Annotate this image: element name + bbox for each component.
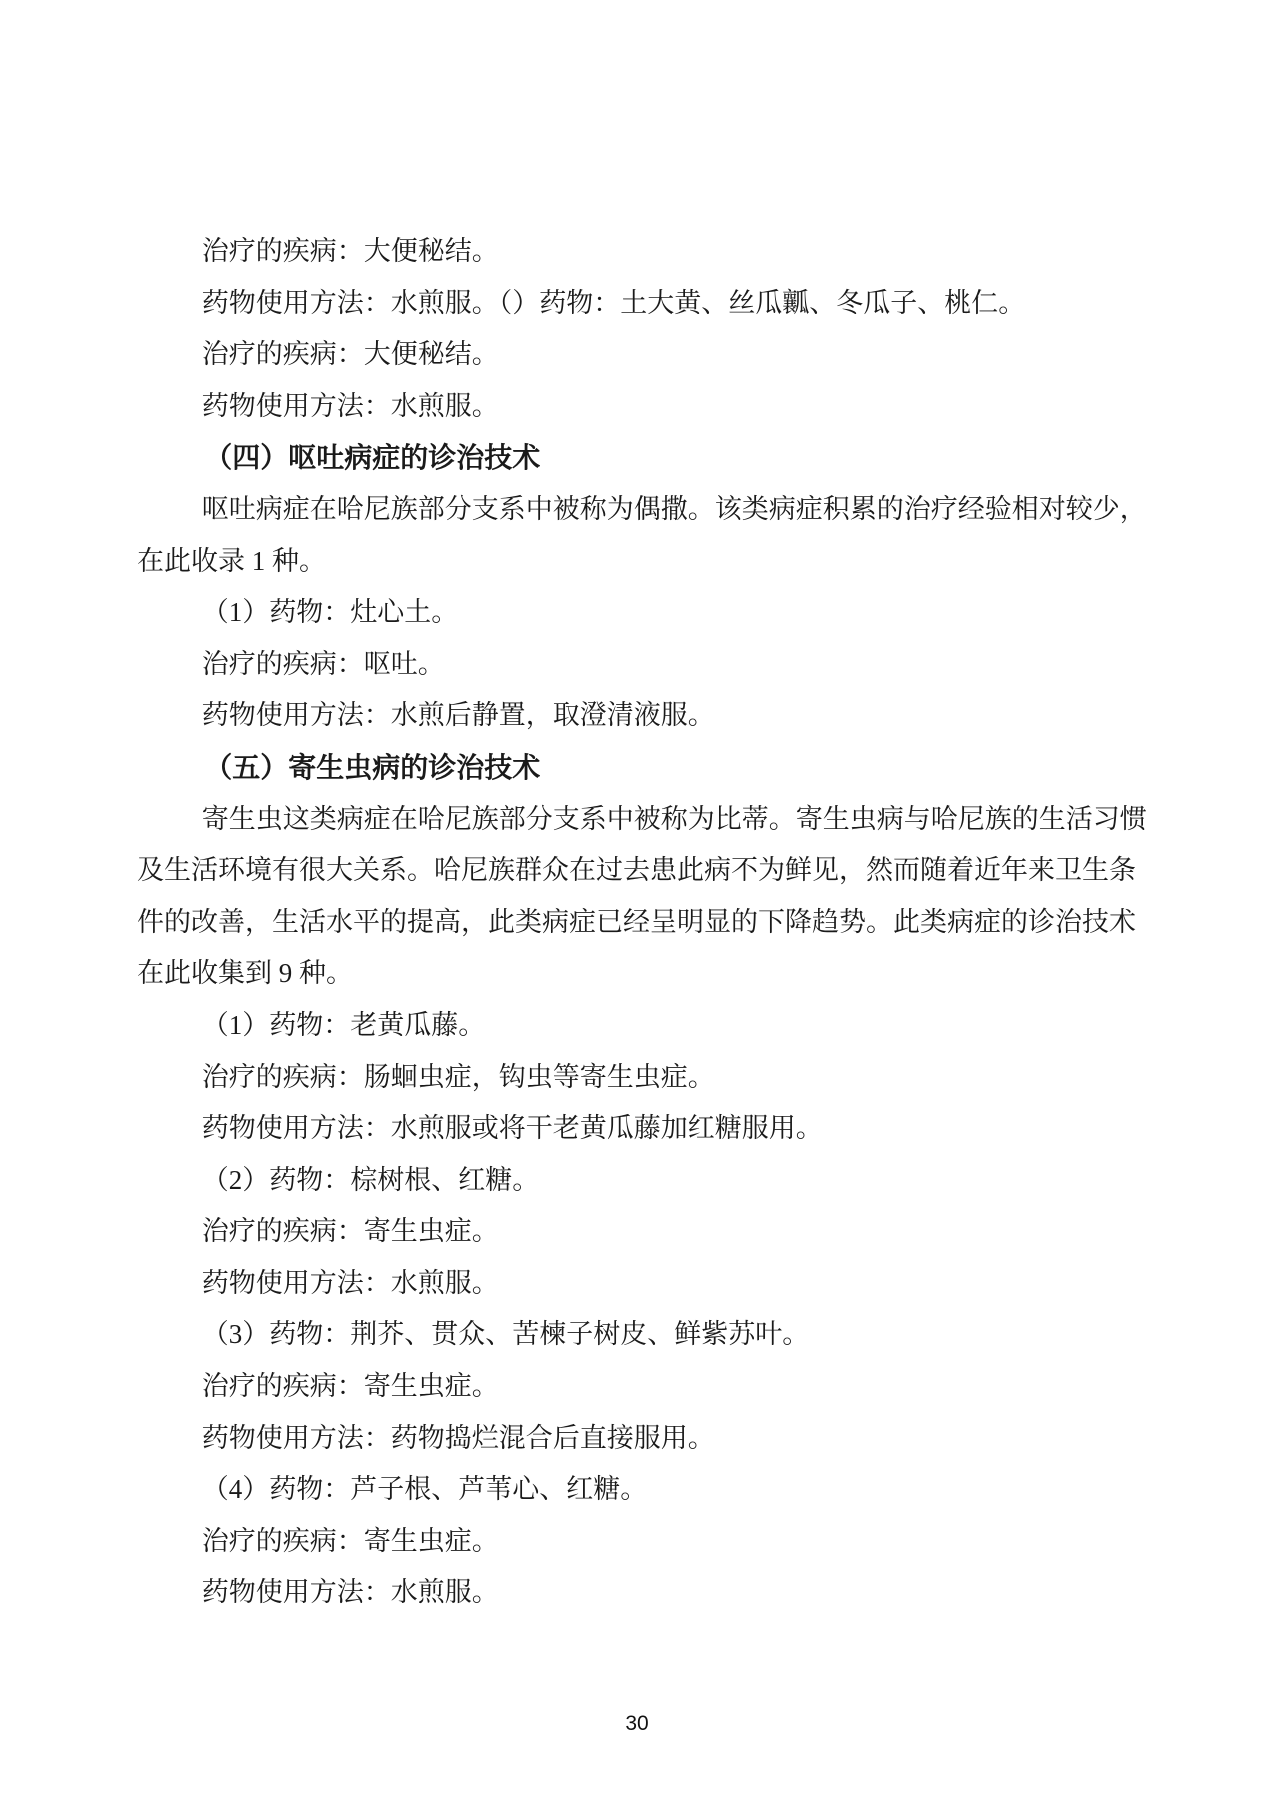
page-number: 30	[0, 1712, 1274, 1736]
document-page: 治疗的疾病：大便秘结。药物使用方法：水煎服。（）药物：土大黄、丝瓜瓤、冬瓜子、桃…	[0, 0, 1274, 1801]
section-heading: （四）呕吐病症的诊治技术	[137, 432, 1142, 484]
text-line: 药物使用方法：水煎服。	[137, 381, 1142, 433]
text-line: 药物使用方法：药物捣烂混合后直接服用。	[137, 1413, 1142, 1465]
text-line: （3）药物：荆芥、贯众、苦楝子树皮、鲜紫苏叶。	[137, 1309, 1142, 1361]
text-line: 治疗的疾病：肠蛔虫症，钩虫等寄生虫症。	[137, 1052, 1142, 1104]
text-line: 在此收录 1 种。	[137, 536, 1142, 588]
text-line: 寄生虫这类病症在哈尼族部分支系中被称为比蒂。寄生虫病与哈尼族的生活习惯	[137, 794, 1142, 846]
text-line: 治疗的疾病：大便秘结。	[137, 226, 1142, 278]
text-line: 治疗的疾病：寄生虫症。	[137, 1206, 1142, 1258]
text-line: 药物使用方法：水煎服。	[137, 1567, 1142, 1619]
text-line: 及生活环境有很大关系。哈尼族群众在过去患此病不为鲜见，然而随着近年来卫生条	[137, 845, 1142, 897]
text-line: （4）药物：芦子根、芦苇心、红糖。	[137, 1464, 1142, 1516]
text-line: 药物使用方法：水煎服。（）药物：土大黄、丝瓜瓤、冬瓜子、桃仁。	[137, 278, 1142, 330]
text-line: 治疗的疾病：寄生虫症。	[137, 1516, 1142, 1568]
text-line: 治疗的疾病：寄生虫症。	[137, 1361, 1142, 1413]
text-line: 呕吐病症在哈尼族部分支系中被称为偶撒。该类病症积累的治疗经验相对较少，	[137, 484, 1142, 536]
text-line: 药物使用方法：水煎后静置，取澄清液服。	[137, 690, 1142, 742]
text-line: 件的改善，生活水平的提高，此类病症已经呈明显的下降趋势。此类病症的诊治技术	[137, 897, 1142, 949]
text-line: （2）药物：棕树根、红糖。	[137, 1155, 1142, 1207]
section-heading: （五）寄生虫病的诊治技术	[137, 742, 1142, 794]
text-line: 治疗的疾病：呕吐。	[137, 639, 1142, 691]
text-line: （1）药物：灶心土。	[137, 587, 1142, 639]
text-line: 药物使用方法：水煎服。	[137, 1258, 1142, 1310]
page-content: 治疗的疾病：大便秘结。药物使用方法：水煎服。（）药物：土大黄、丝瓜瓤、冬瓜子、桃…	[137, 226, 1142, 1619]
text-line: 药物使用方法：水煎服或将干老黄瓜藤加红糖服用。	[137, 1103, 1142, 1155]
text-line: 在此收集到 9 种。	[137, 948, 1142, 1000]
text-line: （1）药物：老黄瓜藤。	[137, 1000, 1142, 1052]
text-line: 治疗的疾病：大便秘结。	[137, 329, 1142, 381]
